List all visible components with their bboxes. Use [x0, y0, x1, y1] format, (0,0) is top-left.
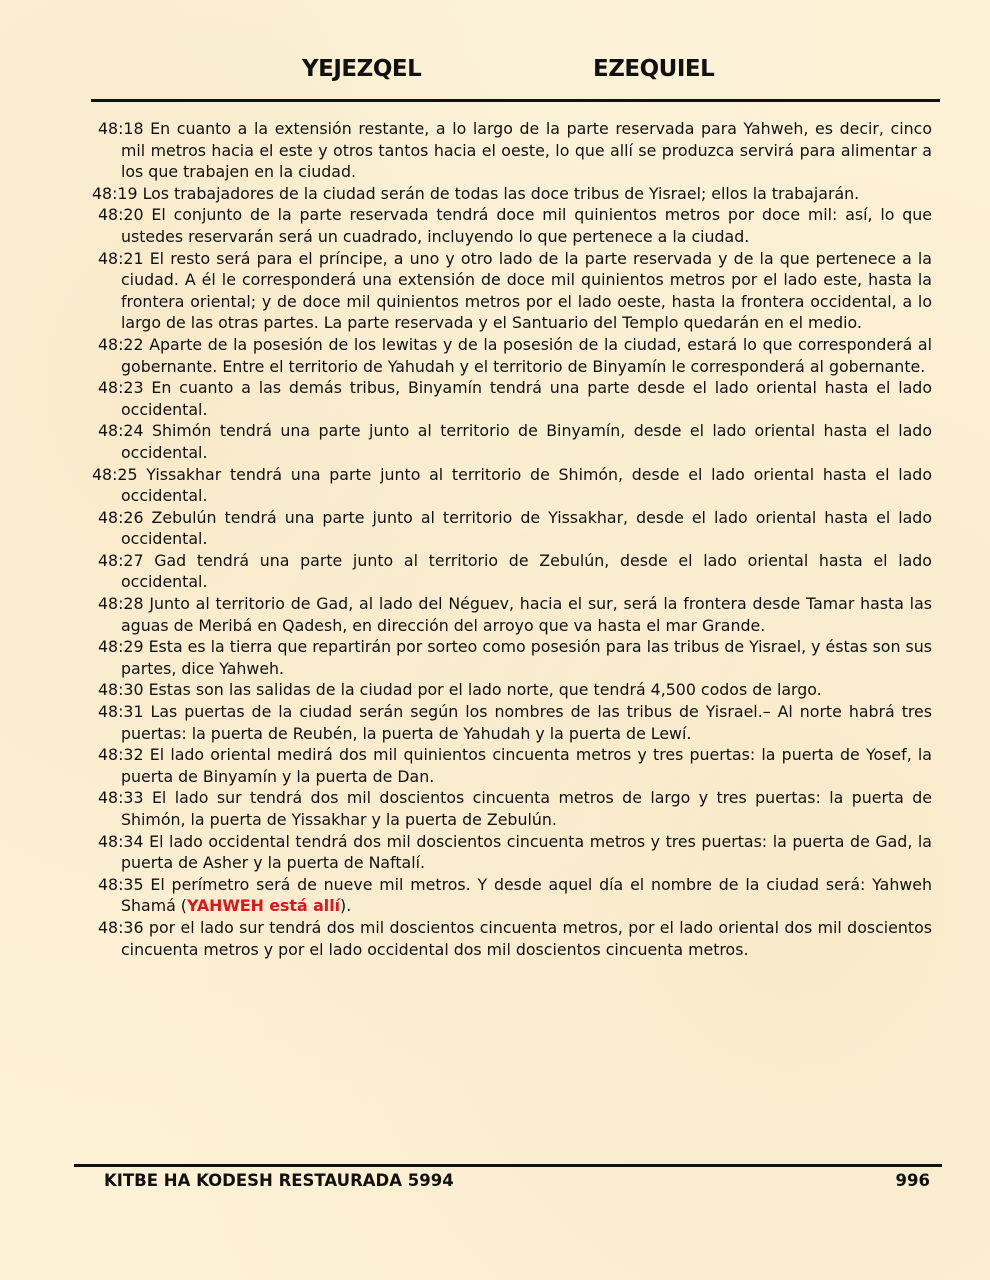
page-footer: KITBE HA KODESH RESTAURADA 5994 996 — [0, 1171, 990, 1195]
verse-text: En cuanto a la extensión restante, a lo … — [121, 119, 932, 181]
verse-number: 48:20 — [98, 205, 144, 224]
verse-text: por el lado sur tendrá dos mil dosciento… — [121, 918, 932, 959]
verse-number: 48:26 — [98, 508, 144, 527]
verse-48-36: 48:36 por el lado sur tendrá dos mil dos… — [92, 917, 932, 960]
verse-text: El resto será para el príncipe, a uno y … — [121, 249, 932, 333]
verse-48-31: 48:31 Las puertas de la ciudad serán seg… — [92, 701, 932, 744]
verse-48-24: 48:24 Shimón tendrá una parte junto al t… — [92, 420, 932, 463]
verse-number: 48:33 — [98, 788, 144, 807]
verse-48-28: 48:28 Junto al territorio de Gad, al lad… — [92, 593, 932, 636]
verse-48-33: 48:33 El lado sur tendrá dos mil doscien… — [92, 787, 932, 830]
verse-text-end: ). — [340, 896, 351, 915]
verse-48-25: 48:25 Yissakhar tendrá una parte junto a… — [92, 464, 932, 507]
verse-48-21: 48:21 El resto será para el príncipe, a … — [92, 248, 932, 334]
verse-number: 48:31 — [98, 702, 144, 721]
verse-48-29: 48:29 Esta es la tierra que repartirán p… — [92, 636, 932, 679]
verse-48-22: 48:22 Aparte de la posesión de los lewit… — [92, 334, 932, 377]
highlighted-divine-name: YAHWEH está allí — [187, 896, 340, 915]
header-title-hebrew: YEJEZQEL — [302, 56, 421, 82]
verse-number: 48:36 — [98, 918, 144, 937]
verse-number: 48:22 — [98, 335, 144, 354]
verse-text: Junto al territorio de Gad, al lado del … — [121, 594, 932, 635]
verse-48-20: 48:20 El conjunto de la parte reservada … — [92, 204, 932, 247]
verse-number: 48:18 — [98, 119, 144, 138]
verse-list: 48:18 En cuanto a la extensión restante,… — [92, 118, 932, 960]
verse-text: El conjunto de la parte reservada tendrá… — [121, 205, 932, 246]
verse-text: Aparte de la posesión de los lewitas y d… — [121, 335, 932, 376]
verse-48-35: 48:35 El perímetro será de nueve mil met… — [92, 874, 932, 917]
verse-48-32: 48:32 El lado oriental medirá dos mil qu… — [92, 744, 932, 787]
page-number: 996 — [896, 1171, 930, 1190]
verse-number: 48:24 — [98, 421, 144, 440]
verse-text: Las puertas de la ciudad serán según los… — [121, 702, 932, 743]
page-header: YEJEZQEL EZEQUIEL — [0, 56, 990, 92]
verse-48-30: 48:30 Estas son las salidas de la ciudad… — [92, 679, 932, 701]
verse-48-23: 48:23 En cuanto a las demás tribus, Biny… — [92, 377, 932, 420]
verse-text: Zebulún tendrá una parte junto al territ… — [121, 508, 932, 549]
verse-number: 48:25 — [92, 465, 138, 484]
verse-text: El lado occidental tendrá dos mil doscie… — [121, 832, 932, 873]
book-title: KITBE HA KODESH RESTAURADA 5994 — [104, 1171, 454, 1190]
verse-text: El lado sur tendrá dos mil doscientos ci… — [121, 788, 932, 829]
verse-number: 48:29 — [98, 637, 144, 656]
verse-48-26: 48:26 Zebulún tendrá una parte junto al … — [92, 507, 932, 550]
verse-number: 48:21 — [98, 249, 144, 268]
verse-number: 48:30 — [98, 680, 144, 699]
header-divider — [91, 99, 940, 102]
verse-number: 48:23 — [98, 378, 144, 397]
verse-text: Gad tendrá una parte junto al territorio… — [121, 551, 932, 592]
footer-divider — [74, 1164, 942, 1167]
verse-number: 48:27 — [98, 551, 144, 570]
verse-text: El lado oriental medirá dos mil quinient… — [121, 745, 932, 786]
verse-48-27: 48:27 Gad tendrá una parte junto al terr… — [92, 550, 932, 593]
verse-text: Los trabajadores de la ciudad serán de t… — [143, 184, 860, 203]
verse-text: En cuanto a las demás tribus, Binyamín t… — [121, 378, 932, 419]
verse-number: 48:19 — [92, 184, 138, 203]
verse-48-19: 48:19 Los trabajadores de la ciudad será… — [92, 183, 932, 205]
verse-number: 48:32 — [98, 745, 144, 764]
verse-text: Estas son las salidas de la ciudad por e… — [149, 680, 822, 699]
verse-number: 48:35 — [98, 875, 144, 894]
verse-48-34: 48:34 El lado occidental tendrá dos mil … — [92, 831, 932, 874]
verse-text: Esta es la tierra que repartirán por sor… — [121, 637, 932, 678]
verse-text: Yissakhar tendrá una parte junto al terr… — [121, 465, 932, 506]
header-title-spanish: EZEQUIEL — [593, 56, 714, 82]
verse-number: 48:34 — [98, 832, 144, 851]
verse-text: Shimón tendrá una parte junto al territo… — [121, 421, 932, 462]
verse-number: 48:28 — [98, 594, 144, 613]
verse-48-18: 48:18 En cuanto a la extensión restante,… — [92, 118, 932, 183]
